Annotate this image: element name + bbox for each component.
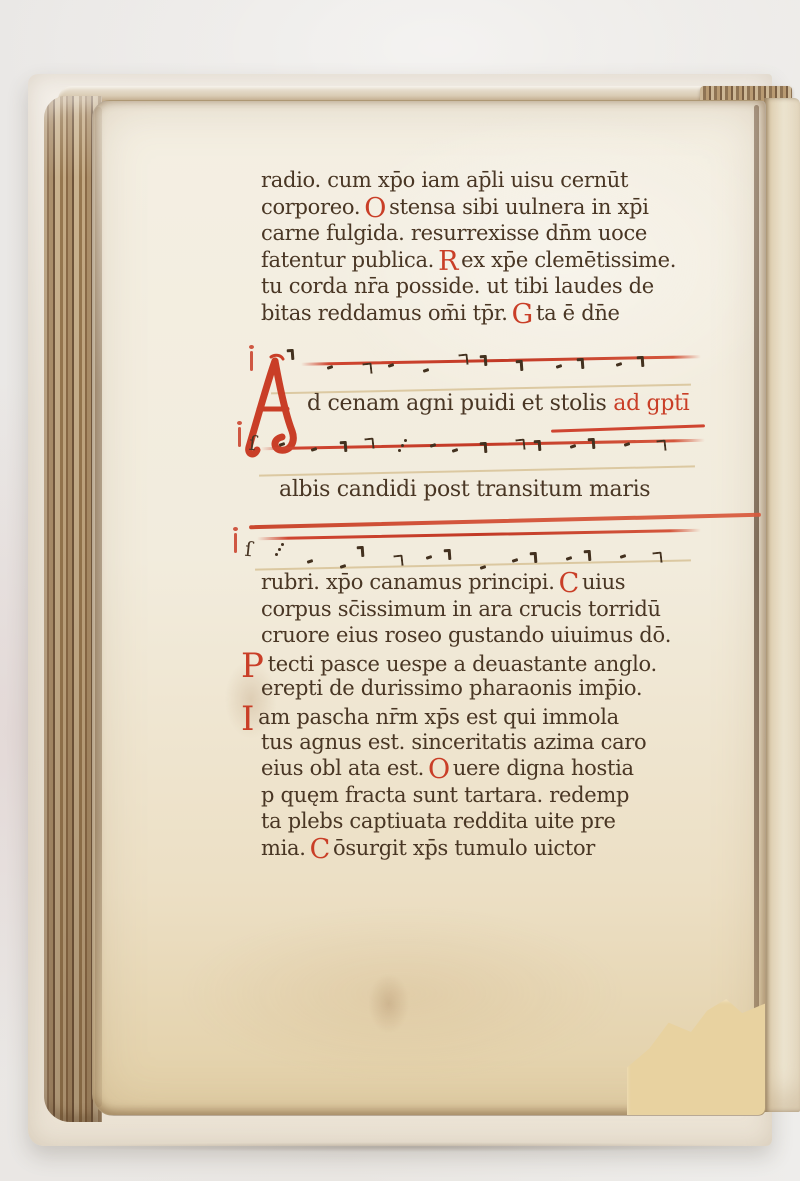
neume-icon — [566, 556, 572, 561]
neume-icon — [580, 358, 583, 369]
text-line: bitas reddamus om̄i tp̄r.Gta ē dn̄e — [261, 300, 741, 327]
staff-red-line — [551, 424, 705, 432]
manuscript-page: radio. cum xp̄o iam ap̄li uisu cernūtcor… — [92, 100, 766, 1116]
book-shadow — [60, 1142, 760, 1152]
neume-icon — [387, 363, 393, 368]
text-line: rubri. xp̄o canamus principi.Cuius — [261, 569, 751, 596]
neume-icon — [624, 442, 630, 447]
body-text: tus agnus est. sinceritatis azima caro — [261, 730, 646, 754]
rubric-text: C — [310, 834, 330, 865]
body-text: am pascha nr̄m xp̄s est qui immola — [258, 705, 619, 729]
rubric-text: O — [364, 193, 386, 224]
clef-icon: ſ — [244, 537, 254, 562]
body-text: mia. — [261, 836, 306, 860]
staff-drypoint-line — [259, 465, 695, 476]
neume-icon — [570, 444, 576, 449]
neume-icon — [343, 441, 346, 452]
body-text: ex xp̄e clemētissime. — [461, 248, 676, 272]
neume-icon — [620, 554, 626, 559]
text-line: Ptecti pasce uespe a deuastante anglo. — [261, 649, 751, 676]
red-clef-tick-icon — [234, 533, 237, 553]
chant-staff: ſ — [249, 529, 701, 569]
body-text: corporeo. — [261, 195, 360, 219]
text-line: erepti de durissimo pharaonis imp̄io. — [261, 675, 751, 702]
chant-staff: ſ — [253, 423, 705, 475]
text-line: carne fulgida. resurrexisse dn̄m uoce — [261, 220, 741, 247]
rubric-text: ad gptī — [613, 391, 689, 416]
text-line: tu corda nr̄a posside. ut tibi laudes de — [261, 273, 741, 300]
neume-icon — [393, 555, 403, 567]
neume-icon — [423, 368, 429, 373]
neume-icon — [275, 553, 278, 556]
neume-icon — [484, 355, 487, 366]
neume-icon — [656, 440, 666, 452]
text-line: Iam pascha nr̄m xp̄s est qui immola — [261, 702, 751, 729]
neume-icon — [311, 447, 317, 452]
neume-icon — [426, 555, 432, 560]
text-block-responsory: radio. cum xp̄o iam ap̄li uisu cernūtcor… — [261, 167, 741, 327]
neume-icon — [591, 438, 594, 449]
clef-icon: ſ — [248, 431, 258, 456]
neume-icon — [307, 559, 313, 564]
text-line: corporeo.Ostensa sibi uulnera in xp̄i — [261, 194, 741, 221]
body-text: radio. cum xp̄o iam ap̄li uisu cernūt — [261, 168, 628, 192]
neume-icon — [587, 550, 590, 561]
body-text: eius obl ata est. — [261, 756, 424, 780]
neume-icon — [326, 365, 332, 370]
red-ruling-line — [249, 513, 761, 530]
body-text: carne fulgida. resurrexisse dn̄m uoce — [261, 221, 647, 245]
text-line: radio. cum xp̄o iam ap̄li uisu cernūt — [261, 167, 741, 194]
text-line: cruore eius roseo gustando uiuimus dō. — [261, 622, 751, 649]
neume-icon — [616, 362, 622, 367]
text-line: eius obl ata est.Ouere digna hostia — [261, 755, 751, 782]
body-text: d cenam agni puidi et stolis — [307, 391, 613, 416]
rubric-text: I — [241, 699, 254, 739]
neume-icon — [447, 549, 450, 560]
body-text: ta plebs captiuata reddita uite pre — [261, 809, 616, 833]
rubric-text: G — [512, 299, 533, 330]
text-line: albis candidi post transitum maris — [279, 477, 650, 504]
body-text: tu corda nr̄a posside. ut tibi laudes de — [261, 274, 654, 298]
neume-icon — [555, 364, 561, 369]
text-block-hymn: rubri. xp̄o canamus principi.Cuiuscorpus… — [261, 569, 751, 862]
body-text: corpus sc̄issimum in ara crucis torridū — [261, 597, 661, 621]
chant-text-line: d cenam agni puidi et stolis ad gptī — [307, 391, 689, 418]
neume-icon — [362, 363, 372, 375]
text-line: p quęm fracta sunt tartara. redemp — [261, 782, 751, 809]
body-text: fatentur publica. — [261, 248, 434, 272]
repair-patch — [627, 999, 766, 1116]
neume-icon — [652, 552, 662, 564]
neume-icon — [361, 546, 364, 557]
staff-red-line — [257, 529, 701, 541]
rubric-text: O — [428, 754, 450, 785]
text-line: corpus sc̄issimum in ara crucis torridū — [261, 596, 751, 623]
neume-icon — [459, 354, 469, 366]
body-text: rubri. xp̄o canamus principi. — [261, 570, 555, 594]
body-text: uius — [582, 570, 625, 594]
rubric-text: C — [559, 568, 579, 599]
body-text: cruore eius roseo gustando uiuimus dō. — [261, 623, 671, 647]
body-text: uere digna hostia — [453, 756, 634, 780]
neume-icon — [398, 449, 401, 452]
rubric-text: R — [438, 246, 458, 277]
neume-icon — [365, 438, 375, 450]
chant-staff — [265, 347, 701, 393]
text-line: mia.Cōsurgit xp̄s tumulo uictor — [261, 835, 751, 862]
photo-scene: radio. cum xp̄o iam ap̄li uisu cernūtcor… — [0, 0, 800, 1181]
page-right-edge — [754, 105, 759, 1109]
text-line: tus agnus est. sinceritatis azima caro — [261, 729, 751, 756]
text-line: d cenam agni puidi et stolis ad gptī — [307, 391, 689, 418]
body-text: albis candidi post transitum maris — [279, 477, 650, 502]
text-line: ta plebs captiuata reddita uite pre — [261, 808, 751, 835]
body-text: bitas reddamus om̄i tp̄r. — [261, 301, 508, 325]
neume-icon — [430, 443, 436, 448]
body-text: ta ē dn̄e — [536, 301, 620, 325]
body-text: p quęm fracta sunt tartara. redemp — [261, 783, 629, 807]
neume-icon — [451, 448, 457, 453]
body-text: ōsurgit xp̄s tumulo uictor — [333, 836, 595, 860]
text-line: fatentur publica.Rex xp̄e clemētissime. — [261, 247, 741, 274]
body-text: tecti pasce uespe a deuastante anglo. — [268, 652, 657, 676]
body-text: erepti de durissimo pharaonis imp̄io. — [261, 676, 642, 700]
neume-icon — [533, 552, 536, 563]
next-page-edge — [764, 98, 800, 1112]
gutter-shadow — [95, 107, 102, 1107]
neume-icon — [537, 440, 540, 451]
red-clef-tick-icon — [238, 427, 241, 447]
neume-icon — [516, 439, 526, 451]
chant-text-line: albis candidi post transitum maris — [279, 477, 650, 504]
neume-icon — [519, 360, 522, 371]
body-text: stensa sibi uulnera in xp̄i — [389, 195, 649, 219]
